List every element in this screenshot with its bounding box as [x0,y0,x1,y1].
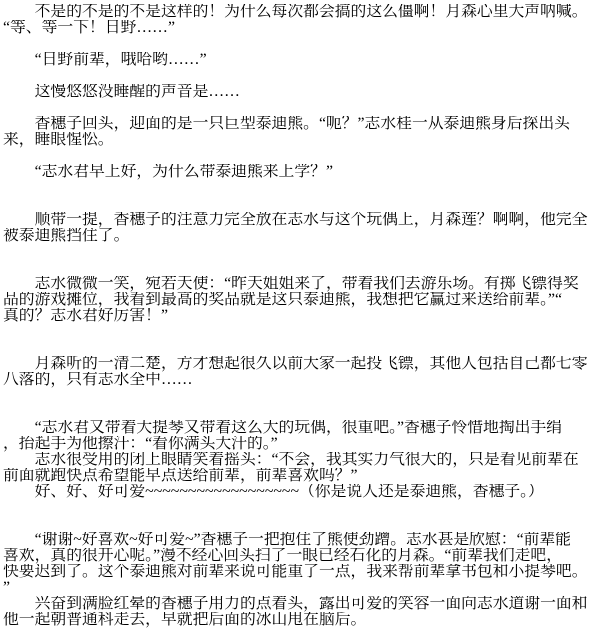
text-line: 前面就跑快点希望能早点送给前辈，前辈喜欢吗？” [3,468,601,484]
text-line: 八落的，只有志水全中…… [3,372,601,388]
text-line: “志水君又带着大提琴又带着这么大的玩偶，很重吧。”香穗子怜惜地掏出手绢 [3,420,601,436]
text-line: 顺带一提，香穗子的注意力完全放在志水与这个玩偶上，月森莲？啊啊，他完全 [3,212,601,228]
text-line: 兴奋到满脸红晕的香穗子用力的点着头，露出可爱的笑容一面向志水道谢一面和 [3,596,601,612]
text-line: “志水君早上好，为什么带泰迪熊来上学？” [3,164,601,180]
text-line [3,244,601,260]
text-line: 品的游戏摊位，我看到最高的奖品就是这只泰迪熊，我想把它赢过来送给前辈。”“ [3,292,601,308]
text-line [3,36,601,52]
text-line [3,100,601,116]
text-line [3,388,601,404]
text-line: 这慢悠悠没睡醒的声音是…… [3,84,601,100]
text-line: 志水微微一笑，宛若天使：“昨天姐姐来了，带着我们去游乐场。有掷飞镖得奖 [3,276,601,292]
text-line: 真的？志水君好厉害！” [3,308,601,324]
document-body: 不是的不是的不是这样的！为什么每次都会搞的这么僵啊！月森心里大声呐喊。“等、等一… [0,0,603,628]
text-line: 好、好、好可爱~~~~~~~~~~~~~~~~~~（你是说人还是泰迪熊，香穗子。… [3,484,601,500]
text-line: “谢谢~好喜欢~好可爱~”香穗子一把抱住了熊使劲蹭。志水甚是欣慰：“前辈能 [3,532,601,548]
text-line [3,260,601,276]
text-line [3,180,601,196]
text-line [3,196,601,212]
text-line: 快要迟到了。这个泰迪熊对前辈来说可能重了一点，我来帮前辈拿书包和小提琴吧。 [3,564,601,580]
text-line [3,340,601,356]
text-line: 志水很受用的闭上眼睛笑着摇头：“不会，我其实力气很大的，只是看见前辈在 [3,452,601,468]
text-line: 来，睡眼惺忪。 [3,132,601,148]
text-line: 他一起朝普通科走去，早就把后面的冰山甩在脑后。 [3,612,601,628]
text-line: 喜欢，真的很开心呢。”漫不经心回头扫了一眼已经石化的月森。“前辈我们走吧， [3,548,601,564]
text-line: ” [3,580,601,596]
text-line [3,516,601,532]
text-line [3,148,601,164]
text-line: 香穗子回头，迎面的是一只巨型泰迪熊。“呃？”志水桂一从泰迪熊身后探出头 [3,116,601,132]
text-line: “日野前辈，哦哈哟……” [3,52,601,68]
text-line [3,500,601,516]
text-line: 月森听的一清二楚，方才想起很久以前大家一起投飞镖，其他人包括自己都七零 [3,356,601,372]
text-line [3,68,601,84]
text-line [3,404,601,420]
text-line: 不是的不是的不是这样的！为什么每次都会搞的这么僵啊！月森心里大声呐喊。 [3,4,601,20]
text-line: 被泰迪熊挡住了。 [3,228,601,244]
text-line [3,324,601,340]
text-line: “等、等一下！日野……” [3,20,601,36]
text-line: ，抬起手为他擦汗：“看你满头大汗的。” [3,436,601,452]
